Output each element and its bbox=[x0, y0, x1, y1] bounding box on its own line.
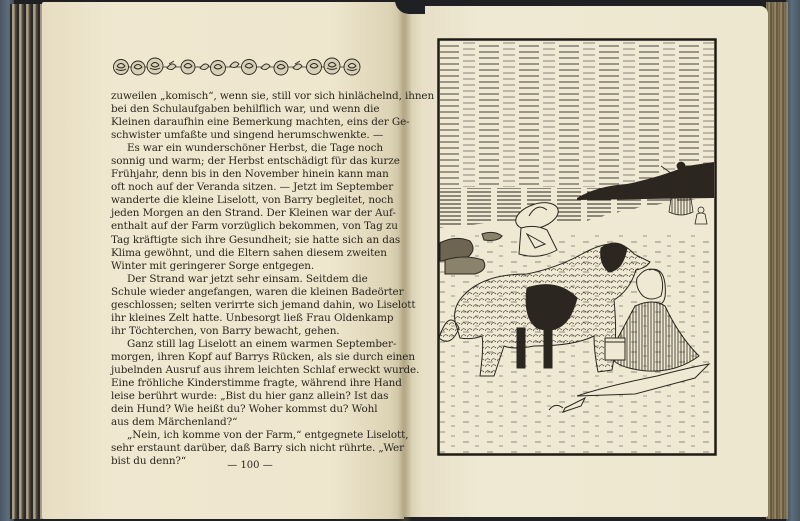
paragraph: Es war ein wunderschöner Herbst, die Tag… bbox=[111, 142, 363, 272]
text-line: morgen, ihren Kopf auf Barrys Rücken, al… bbox=[111, 351, 363, 364]
text-line: „Nein, ich komme von der Farm,“ entgegne… bbox=[111, 429, 363, 442]
text-line: Eine fröhliche Kinderstimme fragte, währ… bbox=[111, 377, 363, 390]
text-line: jubelnden Ausruf aus ihrem leichten Schl… bbox=[111, 364, 363, 377]
text-line: schwister umfaßte und singend herumschwe… bbox=[111, 129, 363, 142]
text-line: sonnig und warm; der Herbst entschädigt … bbox=[111, 155, 363, 168]
text-line: jeden Morgen an den Strand. Der Kleinen … bbox=[111, 207, 363, 220]
text-line: Tag kräftigte sich ihre Gesundheit; sie … bbox=[111, 234, 363, 247]
paragraph: zuweilen „komisch“, wenn sie, still vor … bbox=[111, 90, 363, 142]
text-line: dein Hund? Wie heißt du? Woher kommst du… bbox=[111, 403, 363, 416]
text-line: geschlossen; selten verirrte sich jemand… bbox=[111, 299, 363, 312]
text-line: Klima gewöhnt, und die Eltern sahen dies… bbox=[111, 247, 363, 260]
rose-ornament-icon bbox=[111, 56, 363, 78]
paragraph: Der Strand war jetzt sehr einsam. Seitde… bbox=[111, 273, 363, 338]
text-line: Winter mit geringerer Sorge entgegen. bbox=[111, 260, 363, 273]
page-edges-left bbox=[10, 4, 44, 519]
page-number: — 100 — bbox=[200, 460, 300, 471]
text-line: Frühjahr, denn bis in den November hinei… bbox=[111, 168, 363, 181]
text-line: Ganz still lag Liselott an einem warmen … bbox=[111, 338, 363, 351]
text-line: aus dem Märchenland?“ bbox=[111, 416, 363, 429]
paragraph: Ganz still lag Liselott an einem warmen … bbox=[111, 338, 363, 429]
text-line: wanderte die kleine Liselott, von Barry … bbox=[111, 194, 363, 207]
text-line: enthalt auf der Farm vorzüglich bekommen… bbox=[111, 220, 363, 233]
text-line: ihr kleines Zelt hatte. Unbesorgt ließ F… bbox=[111, 312, 363, 325]
text-line: bei den Schulaufgaben behilflich war, un… bbox=[111, 103, 363, 116]
text-line: Schule wieder angefangen, waren die klei… bbox=[111, 286, 363, 299]
body-text: zuweilen „komisch“, wenn sie, still vor … bbox=[111, 90, 363, 468]
text-line: Kleinen daraufhin eine Bemerkung machten… bbox=[111, 116, 363, 129]
page-edges-right bbox=[766, 2, 788, 519]
book-cover-right bbox=[786, 0, 800, 521]
beach-scene-illustration-icon bbox=[437, 38, 717, 456]
text-line: ihr Töchterchen, von Barry bewacht, gehe… bbox=[111, 325, 363, 338]
text-line: Der Strand war jetzt sehr einsam. Seitde… bbox=[111, 273, 363, 286]
text-line: zuweilen „komisch“, wenn sie, still vor … bbox=[111, 90, 363, 103]
text-line: Es war ein wunderschöner Herbst, die Tag… bbox=[111, 142, 363, 155]
text-line: oft noch auf der Veranda sitzen. — Jetzt… bbox=[111, 181, 363, 194]
text-line: leise berührt wurde: „Bist du hier ganz … bbox=[111, 390, 363, 403]
text-line: sehr erstaunt darüber, daß Barry sich ni… bbox=[111, 442, 363, 455]
